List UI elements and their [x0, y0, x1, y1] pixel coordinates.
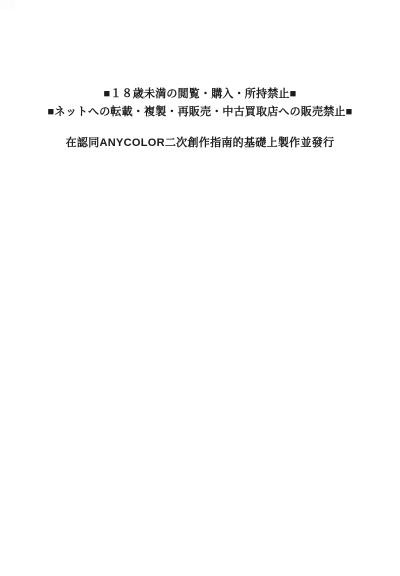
disclaimer-line-guideline-notice: 在認同ANYCOLOR二次創作指南的基礎上製作並發行 — [0, 134, 400, 152]
disclaimer-line-age-restriction: ■１８歳未満の閲覧・購入・所持禁止■ — [0, 85, 400, 103]
scan-artifact — [0, 0, 15, 10]
disclaimer-block: ■１８歳未満の閲覧・購入・所持禁止■ ■ネットへの転載・複製・再販売・中古買取店… — [0, 85, 400, 152]
scanned-page: ■１８歳未満の閲覧・購入・所持禁止■ ■ネットへの転載・複製・再販売・中古買取店… — [0, 0, 400, 576]
disclaimer-line-no-repost-resale: ■ネットへの転載・複製・再販売・中古買取店への販売禁止■ — [0, 103, 400, 121]
